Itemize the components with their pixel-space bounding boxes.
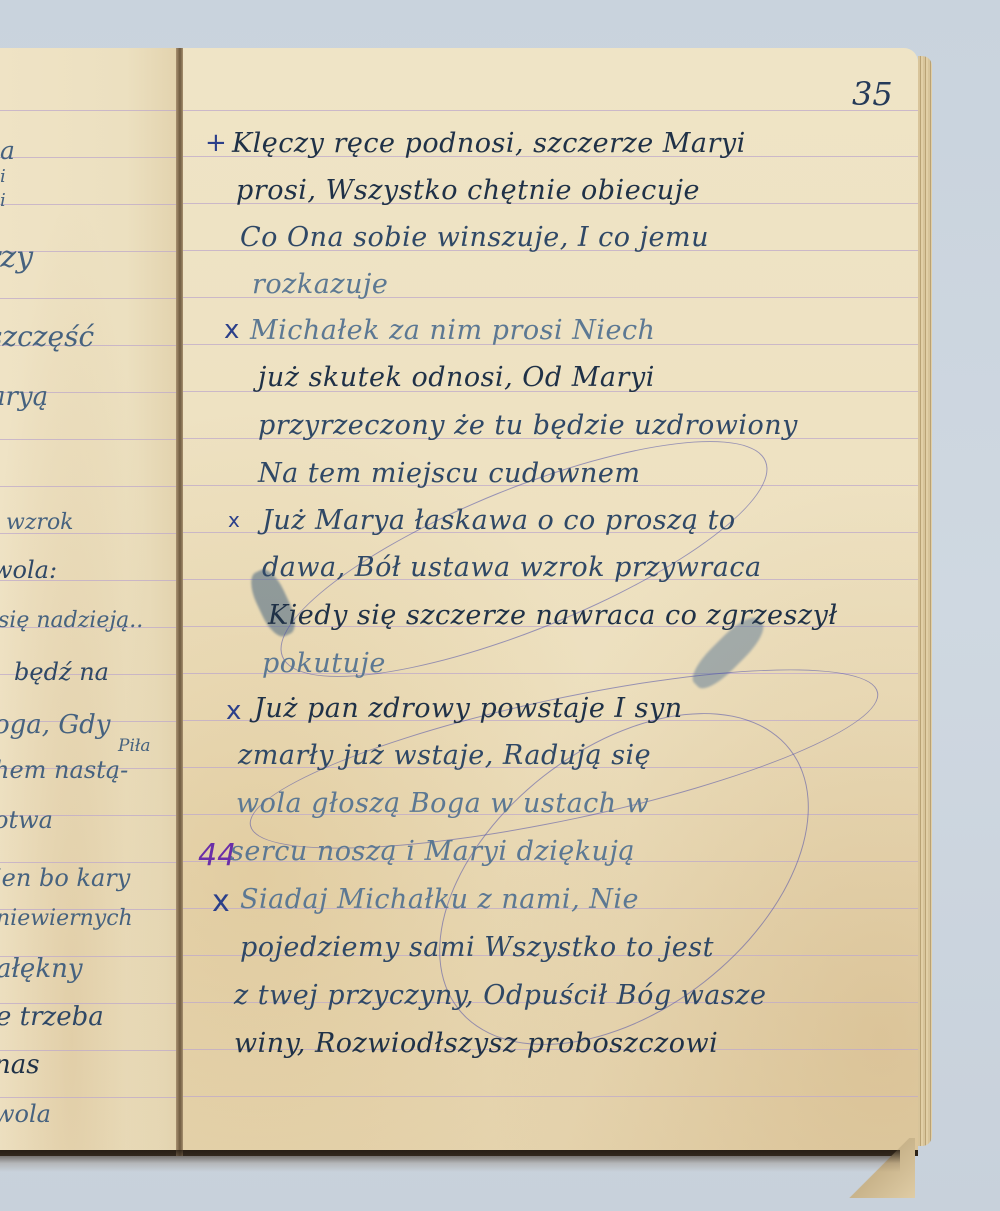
verse-line: wola głoszą Boga w ustach w: [236, 788, 649, 819]
left-fragment: a: [0, 136, 15, 165]
left-fragment: wola: [0, 1100, 51, 1128]
left-fragment: będź na: [14, 658, 109, 686]
book-shadow: [0, 1150, 900, 1172]
verse-line: Michałek za nim prosi Niech: [250, 315, 655, 346]
left-fragment: hem nastą-: [0, 756, 128, 784]
verse-line: Kiedy się szczerze nawraca co zgrzeszył: [268, 600, 838, 631]
left-fragment: się nadzieją..: [0, 608, 143, 633]
verse-line: Już Marya łaskawa o co proszą to: [262, 505, 736, 536]
verse-line: pojedziemy sami Wszystko to jest: [240, 932, 714, 963]
x-mark: x: [212, 884, 230, 919]
left-fragment: wzrok: [6, 510, 74, 535]
verse-line: pokutuje: [262, 648, 386, 679]
left-fragment: i: [0, 190, 6, 211]
left-fragment: szczęść: [0, 320, 94, 353]
left-fragment: ałękny: [0, 954, 83, 984]
verse-line: Co Ona sobie winszuje, I co jemu: [240, 222, 709, 253]
verse-line: Siadaj Michałku z nami, Nie: [240, 884, 639, 915]
x-mark: x: [224, 315, 239, 345]
verse-line: dawa, Bół ustawa wzrok przywraca: [262, 552, 762, 583]
verse-line: z twej przyczyny, Odpuścił Bóg wasze: [234, 980, 766, 1011]
x-mark: x: [228, 508, 240, 532]
verse-line: przyrzeczony że tu będzie uzdrowiony: [258, 410, 798, 441]
left-fragment: otwa: [0, 806, 53, 834]
verse-line: Klęczy ręce podnosi, szczerze Maryi: [232, 128, 746, 159]
verse-line: winy, Rozwiodłszysz proboszczowi: [234, 1028, 718, 1059]
verse-line: sercu noszą i Maryi dziękują: [230, 836, 635, 867]
left-page: a i i rzy szczęść aryą wzrok wola: się n…: [0, 48, 180, 1156]
x-mark: x: [226, 696, 241, 726]
left-fragment: oga, Gdy: [0, 710, 110, 740]
verse-line: rozkazuje: [252, 269, 388, 300]
verse-line: prosi, Wszystko chętnie obiecuje: [236, 175, 700, 206]
verse-line: Na tem miejscu cudownem: [258, 458, 641, 489]
left-fragment: wola:: [0, 556, 57, 584]
left-fragment: i: [0, 166, 6, 187]
left-fragment: niewiernych: [0, 906, 133, 931]
page-stack-edge: [918, 56, 932, 1146]
verse-line: zmarły już wstaje, Radują się: [238, 740, 651, 771]
left-fragment: e trzeba: [0, 1002, 104, 1032]
left-fragment: ien bo kary: [0, 864, 130, 892]
left-fragment: aryą: [0, 382, 48, 412]
verse-line: Już pan zdrowy powstaje I syn: [254, 693, 683, 724]
page-number: 35: [852, 75, 893, 113]
left-fragment: nas: [0, 1050, 40, 1080]
verse-line: już skutek odnosi, Od Maryi: [258, 362, 655, 393]
left-fragment-insert: Piła: [118, 736, 151, 756]
left-fragment: rzy: [0, 240, 33, 275]
cross-mark: +: [205, 128, 227, 158]
